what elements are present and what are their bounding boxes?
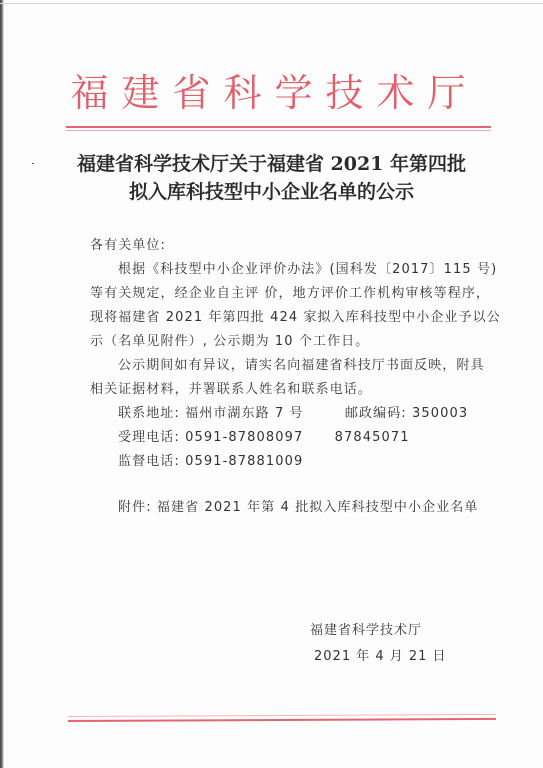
salutation: 各有关单位: <box>90 234 500 258</box>
footer-rule-thin <box>68 714 496 717</box>
signature-date: 2021 年 4 月 21 日 <box>310 644 510 670</box>
letterhead-rule-thin <box>66 130 491 131</box>
supervision-label: 监督电话: <box>118 454 180 469</box>
signature-block: 福建省科学技术厅 2021 年 4 月 21 日 <box>310 618 510 670</box>
contact-address-line: 联系地址: 福州市湖东路 7 号 邮政编码: 350003 <box>90 402 500 426</box>
scan-top-edge <box>0 3 543 4</box>
address-value: 福州市湖东路 7 号 <box>185 406 304 421</box>
signature-org: 福建省科学技术厅 <box>310 618 510 644</box>
letterhead-rule <box>66 126 491 128</box>
supervision-phone-line: 监督电话: 0591-87881009 <box>90 450 500 474</box>
para1-line-4: 示（名单见附件）, 公示期为 10 个工作日。 <box>90 330 500 354</box>
address-label: 联系地址: <box>118 406 180 421</box>
phone-2: 87845071 <box>335 430 410 445</box>
document-title-line-2: 拟入库科技型中小企业名单的公示 <box>0 178 543 206</box>
para1-line-2: 等有关规定，经企业自主评 价，地方评价工作机构审核等程序， <box>90 282 500 306</box>
footer-rule <box>68 718 496 722</box>
para1-line-3: 现将福建省 2021 年第四批 424 家拟入库科技型中小企业予以公 <box>90 306 500 330</box>
phone-label: 受理电话: <box>118 430 180 445</box>
attachment-note: 附件: 福建省 2021 年第 4 批拟入库科技型中小企业名单 <box>90 496 500 520</box>
phone-1: 0591-87808097 <box>185 430 303 445</box>
letterhead-org-name: 福建省科学技术厅 <box>0 70 543 116</box>
document-title-line-1: 福建省科学技术厅关于福建省 2021 年第四批 <box>0 150 543 178</box>
postcode-label: 邮政编码: <box>345 406 407 421</box>
document-body: 各有关单位: 根据《科技型中小企业评价办法》(国科发〔2017〕115 号) 等… <box>90 234 500 520</box>
contact-phone-line: 受理电话: 0591-87808097 87845071 <box>90 426 500 450</box>
postcode-value: 350003 <box>412 406 468 421</box>
document-title: 福建省科学技术厅关于福建省 2021 年第四批 拟入库科技型中小企业名单的公示 <box>0 150 543 206</box>
para2-line-1: 公示期间如有异议，请实名向福建省科技厅书面反映，附具 <box>90 354 500 378</box>
supervision-phone: 0591-87881009 <box>185 454 303 469</box>
para2-line-2: 相关证据材料，并署联系人姓名和联系电话。 <box>90 378 500 402</box>
para1-line-1: 根据《科技型中小企业评价办法》(国科发〔2017〕115 号) <box>90 258 500 282</box>
